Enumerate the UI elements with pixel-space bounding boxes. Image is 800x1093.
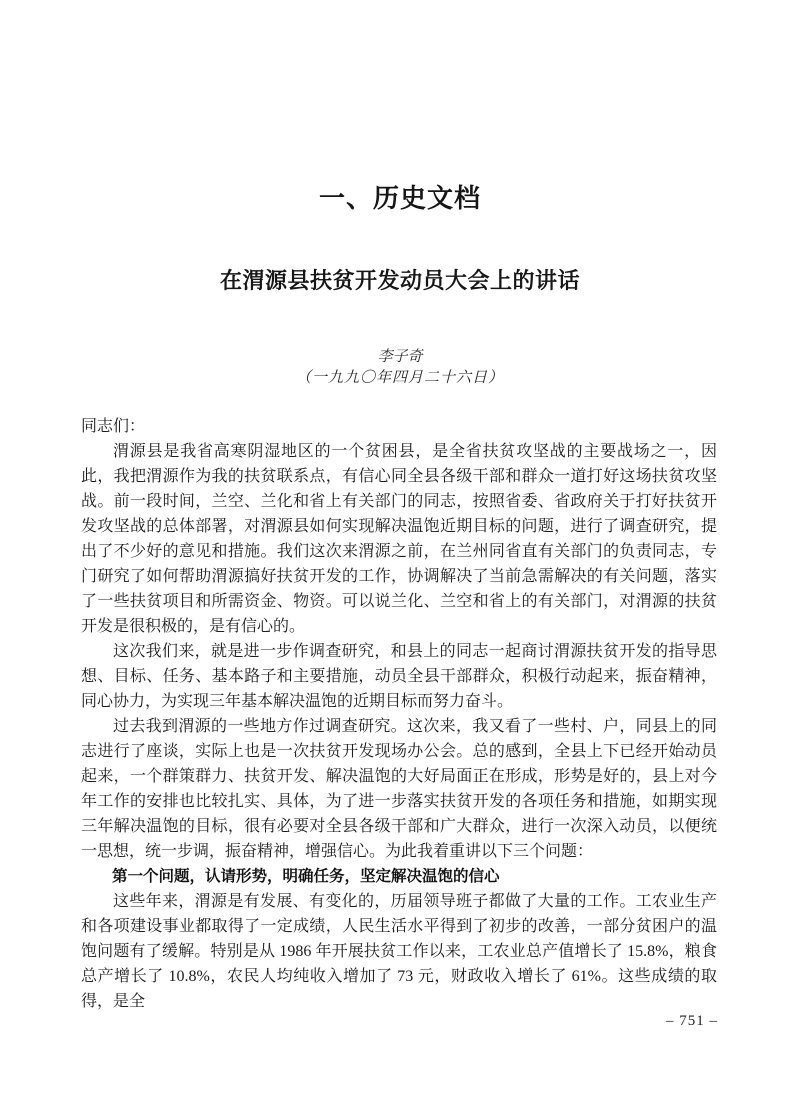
section-heading: 一、历史文档	[0, 178, 800, 215]
paragraph-2: 这次我们来，就是进一步作调查研究，和县上的同志一起商讨渭源扶贫开发的指导思想、目…	[81, 639, 717, 714]
document-title: 在渭源县扶贫开发动员大会上的讲话	[0, 264, 800, 295]
speech-body: 同志们： 渭源县是我省高寒阴湿地区的一个贫困县，是全省扶贫攻坚战的主要战场之一，…	[81, 414, 717, 1014]
paragraph-4: 这些年来，渭源是有发展、有变化的，历届领导班子都做了大量的工作。工农业生产和各项…	[81, 889, 717, 1014]
paragraph-3: 过去我到渭源的一些地方作过调查研究。这次来，我又看了一些村、户，同县上的同志进行…	[81, 714, 717, 864]
page-number: – 751 –	[666, 1013, 718, 1030]
speech-date: （一九九〇年四月二十六日）	[0, 366, 800, 387]
author-name: 李子奇	[0, 345, 800, 366]
section-subheading: 第一个问题，认请形势，明确任务，坚定解决温饱的信心	[81, 864, 717, 889]
salutation: 同志们：	[81, 414, 717, 439]
document-page: 一、历史文档 在渭源县扶贫开发动员大会上的讲话 李子奇 （一九九〇年四月二十六日…	[0, 0, 800, 1093]
paragraph-1: 渭源县是我省高寒阴湿地区的一个贫困县，是全省扶贫攻坚战的主要战场之一，因此，我把…	[81, 439, 717, 639]
